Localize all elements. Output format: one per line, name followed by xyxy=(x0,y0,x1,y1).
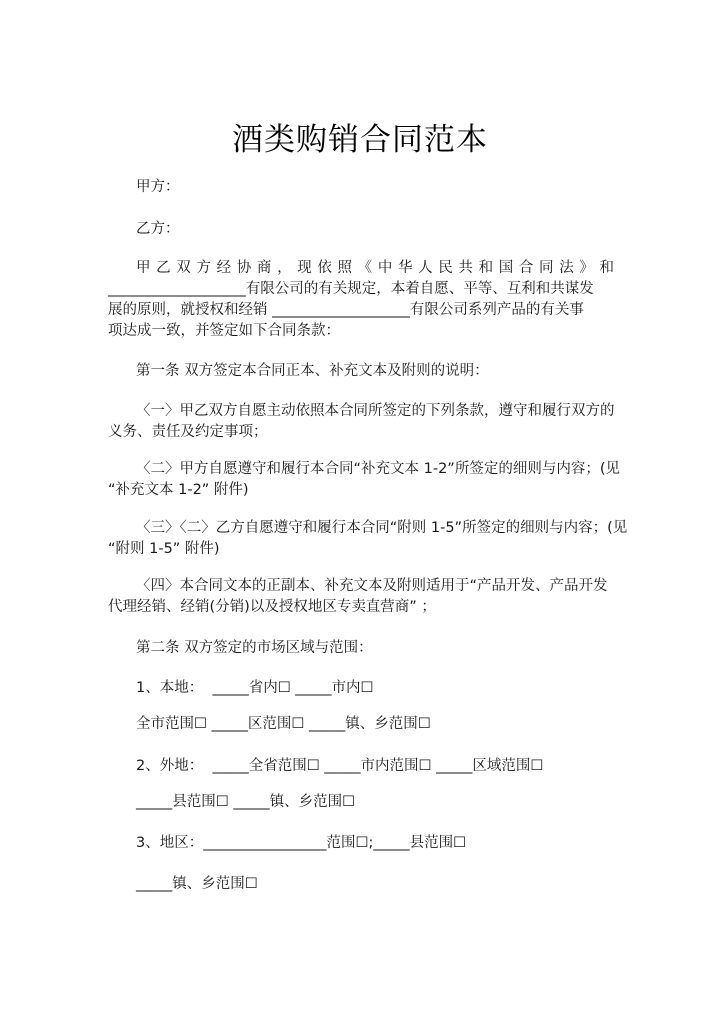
article-1-item-3-line-2: “附则 1-5” 附件) xyxy=(108,539,614,560)
article-1-item-4-line-2: 代理经销、经销(分销)以及授权地区专卖直营商” ； xyxy=(108,597,614,618)
local-scope-sub-line: 全市范围☐ _____区范围☐ _____镇、乡范围☐ xyxy=(136,714,614,735)
document-title: 酒类购销合同范本 xyxy=(0,114,720,159)
article-1-item-3-line-1: 〈三〉〈二〉乙方自愿遵守和履行本合同“附则 1-5”所签定的细则与内容；(见 xyxy=(136,518,614,539)
article-1-item-2-line-1: 〈二〉甲方自愿遵守和履行本合同“补充文本 1-2”所签定的细则与内容；(见 xyxy=(136,459,614,480)
external-scope-sub-line: _____县范围☐ _____镇、乡范围☐ xyxy=(136,792,614,813)
article-1-item-1-line-1: 〈一〉甲乙双方自愿主动依照本合同所签定的下列条款，遵守和履行双方的 xyxy=(136,401,614,422)
article-1-item-2-line-2: “补充文本 1-2” 附件) xyxy=(108,480,614,501)
party-b-label: 乙方： xyxy=(136,219,614,240)
local-scope-line: 1、本地： _____省内☐ _____市内☐ xyxy=(136,678,614,699)
article-1-item-4-line-1: 〈四〉本合同文本的正副本、补充文本及附则适用于“产品开发、产品开发 xyxy=(136,576,614,597)
intro-line-1: 甲乙双方经协商，现依照《中华人民共和国合同法》和 xyxy=(136,258,614,279)
external-scope-line: 2、外地： _____全省范围☐ _____市内范围☐ _____区域范围☐ xyxy=(136,756,614,777)
region-scope-sub-line: _____镇、乡范围☐ xyxy=(136,874,614,895)
intro-line-4: 项达成一致，并签定如下合同条款： xyxy=(108,321,614,342)
region-scope-line: 3、地区：_________________范围☐;_____县范围☐ xyxy=(136,833,614,854)
intro-line-3: 展的原则，就授权和经销 ___________________有限公司系列产品的… xyxy=(108,300,614,321)
article-1-item-1-line-2: 义务、责任及约定事项； xyxy=(108,422,614,443)
article-1-heading: 第一条 双方签定本合同正本、补充文本及附则的说明： xyxy=(136,361,614,382)
party-a-label: 甲方： xyxy=(136,177,614,198)
intro-line-2: ___________________有限公司的有关规定，本着自愿、平等、互利和… xyxy=(108,279,614,300)
article-2-heading: 第二条 双方签定的市场区域与范围： xyxy=(136,638,614,659)
